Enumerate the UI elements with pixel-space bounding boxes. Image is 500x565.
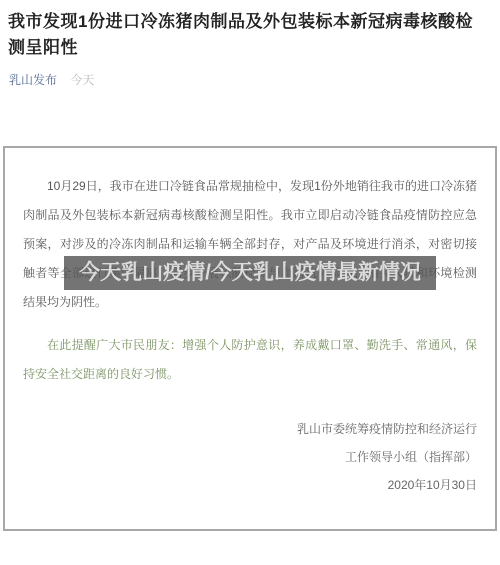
signature-line-2: 工作领导小组（指挥部） [23, 443, 477, 471]
caption-text: 今天乳山疫情/今天乳山疫情最新情况 [79, 261, 421, 284]
notice-paragraph-1: 10月29日，我市在进口冷链食品常规抽检中，发现1份外地销往我市的进口冷冻猪肉制… [23, 172, 477, 317]
publish-time: 今天 [70, 73, 94, 87]
signature-date: 2020年10月30日 [23, 471, 477, 499]
signature-line-1: 乳山市委统筹疫情防控和经济运行 [23, 415, 477, 443]
article-page: 我市发现1份进口冷冻猪肉制品及外包装标本新冠病毒核酸检测呈阳性 乳山发布 今天 … [0, 0, 500, 565]
notice-box: 10月29日，我市在进口冷链食品常规抽检中，发现1份外地销往我市的进口冷冻猪肉制… [3, 146, 497, 531]
notice-paragraph-2-reminder: 在此提醒广大市民朋友：增强个人防护意识，养成戴口罩、勤洗手、常通风，保持安全社交… [23, 331, 477, 389]
account-name-link[interactable]: 乳山发布 [9, 73, 57, 87]
article-title: 我市发现1份进口冷冻猪肉制品及外包装标本新冠病毒核酸检测呈阳性 [0, 0, 500, 61]
byline: 乳山发布 今天 [0, 61, 500, 88]
signature-block: 乳山市委统筹疫情防控和经济运行 工作领导小组（指挥部） 2020年10月30日 [23, 415, 477, 499]
caption-overlay: 今天乳山疫情/今天乳山疫情最新情况 [64, 256, 436, 290]
